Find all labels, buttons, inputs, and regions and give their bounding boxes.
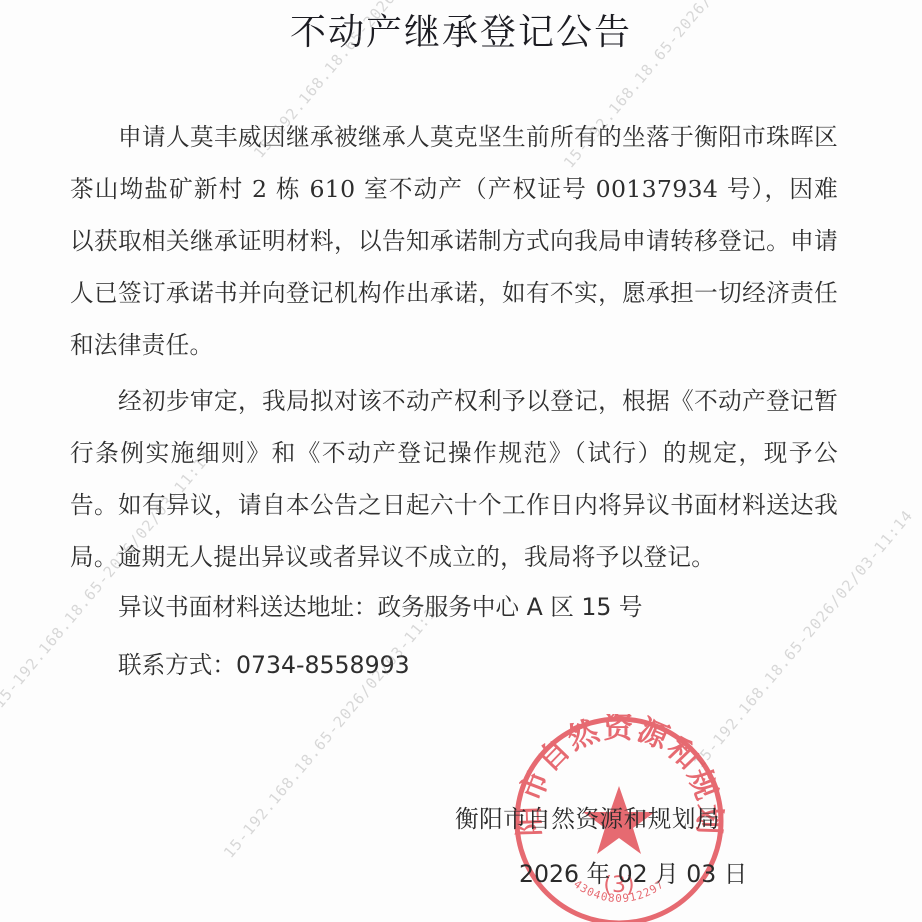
document-title: 不动产继承登记公告 bbox=[0, 4, 922, 55]
document-page: 15-192.168.18.65-2026/02/03-11:14 15-192… bbox=[0, 0, 922, 922]
paragraph-review: 经初步审定，我局拟对该不动产权利予以登记，根据《不动产登记暂行条例实施细则》和《… bbox=[70, 375, 838, 583]
objection-address: 异议书面材料送达地址：政务服务中心 A 区 15 号 bbox=[118, 588, 642, 622]
watermark: 15-192.168.18.65-2026/02/03-11:14 bbox=[220, 596, 447, 861]
signing-date: 2026 年 02 月 03 日 bbox=[519, 855, 747, 889]
signing-organization: 衡阳市自然资源和规划局 bbox=[455, 800, 720, 834]
paragraph-application: 申请人莫丰威因继承被继承人莫克坚生前所有的坐落于衡阳市珠晖区茶山坳盐矿新村 2 … bbox=[70, 111, 838, 371]
document-body: 申请人莫丰威因继承被继承人莫克坚生前所有的坐落于衡阳市珠晖区茶山坳盐矿新村 2 … bbox=[70, 111, 838, 583]
contact-info: 联系方式：0734-8558993 bbox=[118, 646, 410, 680]
